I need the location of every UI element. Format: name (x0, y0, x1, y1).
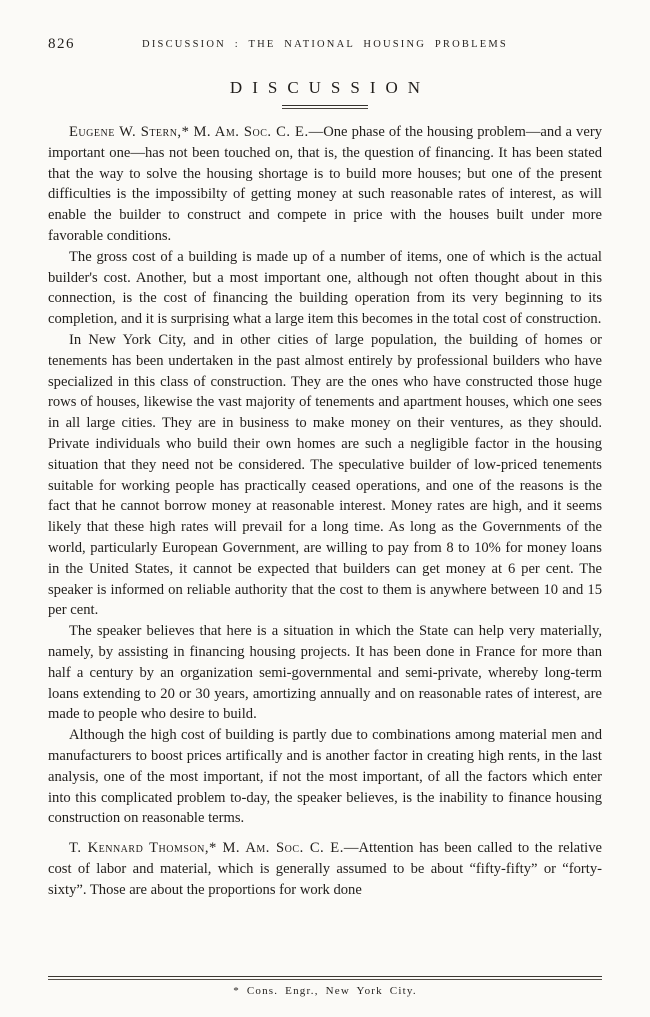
page-number: 826 (48, 36, 75, 53)
scanned-page: 826 DISCUSSION : THE NATIONAL HOUSING PR… (0, 0, 650, 1017)
running-head: DISCUSSION : THE NATIONAL HOUSING PROBLE… (48, 36, 602, 50)
page-footer: * Cons. Engr., New York City. (48, 976, 602, 997)
paragraph-text: Although the high cost of building is pa… (48, 727, 602, 826)
section-title: DISCUSSION (48, 78, 602, 98)
footnote: * Cons. Engr., New York City. (48, 985, 602, 997)
speaker-name: T. Kennard Thomson,* (69, 840, 217, 856)
paragraph-text: The speaker believes that here is a situ… (48, 623, 602, 722)
paragraph: The gross cost of a building is made up … (48, 247, 602, 330)
footnote-rule (48, 976, 602, 980)
page-header: 826 DISCUSSION : THE NATIONAL HOUSING PR… (48, 36, 602, 54)
paragraph-text: —One phase of the housing problem—and a … (48, 124, 602, 244)
speaker-name: Eugene W. Stern,* (69, 124, 189, 140)
paragraph-text: The gross cost of a building is made up … (48, 249, 602, 327)
speaker-affiliation: M. Am. Soc. C. E. (193, 124, 308, 140)
paragraph-text: In New York City, and in other cities of… (48, 332, 602, 618)
page-body: Eugene W. Stern,* M. Am. Soc. C. E.—One … (48, 122, 602, 966)
title-rule (282, 105, 368, 109)
paragraph: Although the high cost of building is pa… (48, 725, 602, 829)
paragraph-stern-intro: Eugene W. Stern,* M. Am. Soc. C. E.—One … (48, 122, 602, 247)
speaker-affiliation: M. Am. Soc. C. E. (222, 840, 343, 856)
paragraph: In New York City, and in other cities of… (48, 330, 602, 621)
paragraph: The speaker believes that here is a situ… (48, 621, 602, 725)
paragraph-thomson-intro: T. Kennard Thomson,* M. Am. Soc. C. E.—A… (48, 838, 602, 900)
